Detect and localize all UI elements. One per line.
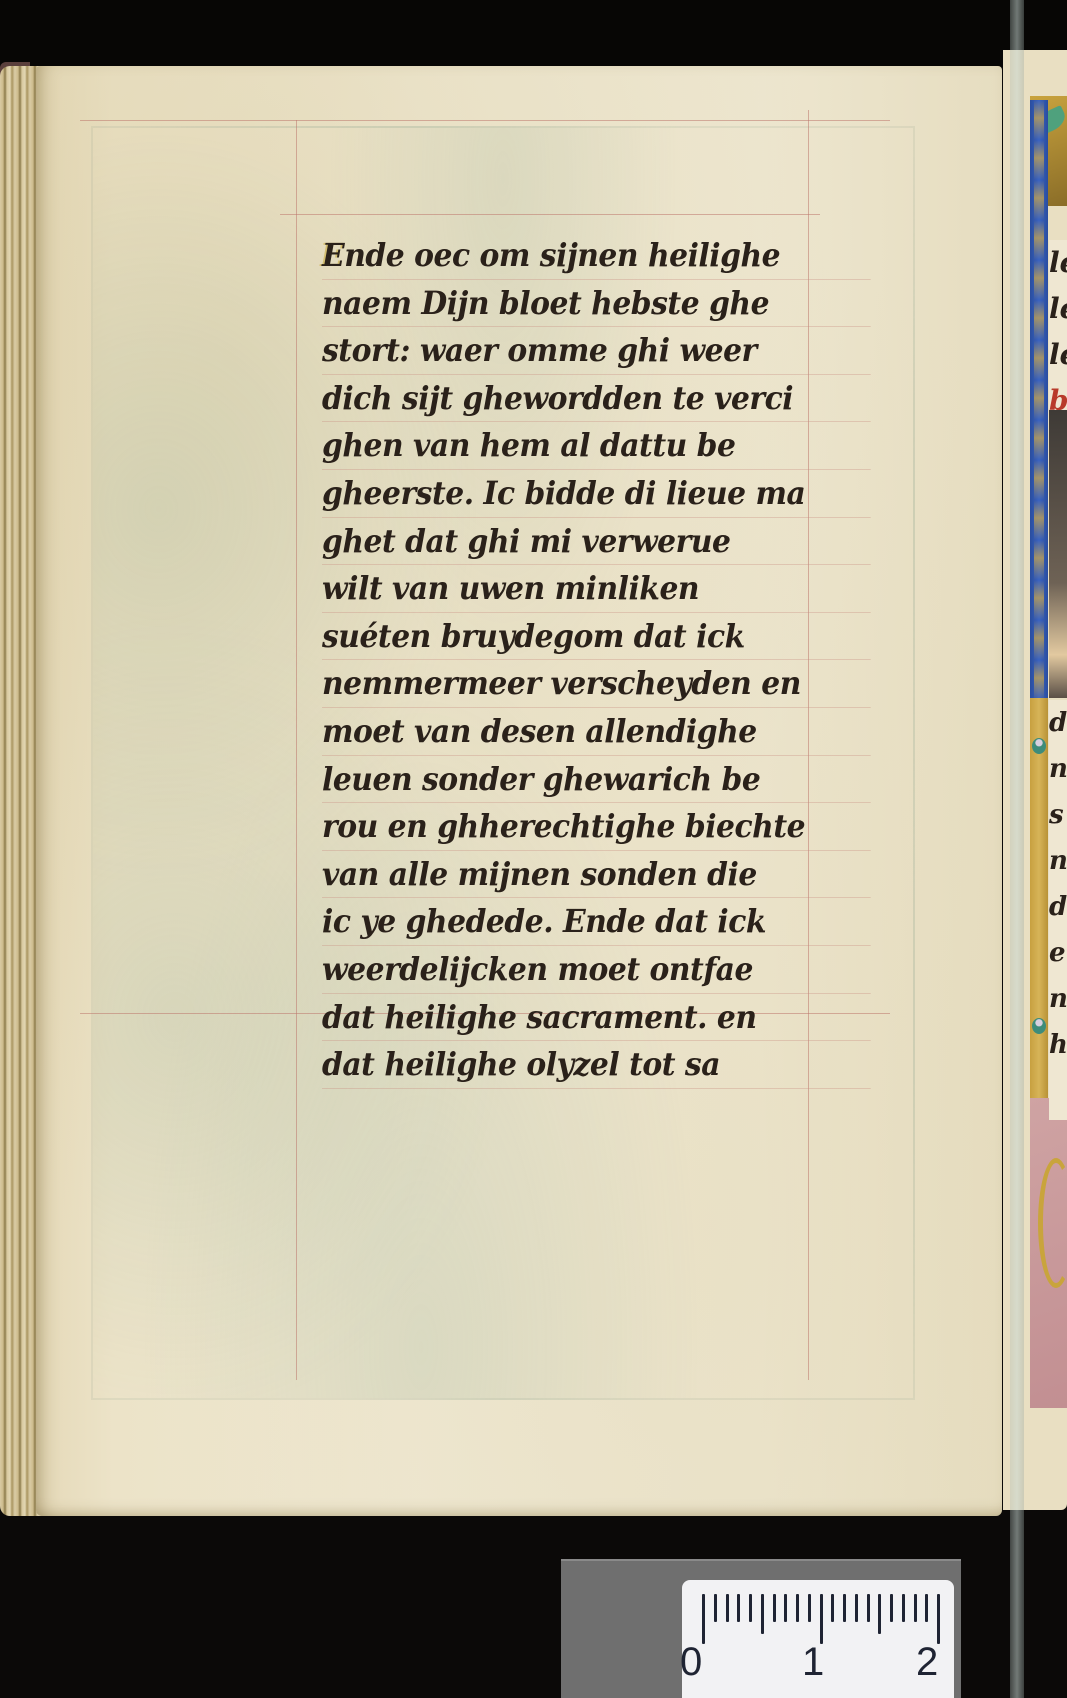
ruler-tick [784, 1594, 787, 1622]
ruler-tick [773, 1594, 776, 1622]
text-line: ic ye ghedede. Ende dat ick [322, 898, 871, 946]
ruling-line-text-top [280, 214, 820, 215]
recto-text-fragment-lower: d n s n d e n h [1049, 700, 1067, 1120]
ruler-tick [820, 1594, 823, 1644]
manuscript-text-block: Ende oec om sijnen heilighe naem Dijn bl… [322, 232, 912, 1089]
ruler-tick [808, 1594, 811, 1622]
ruler-tick [796, 1594, 799, 1622]
ruler-tick [749, 1594, 752, 1622]
text-line: ghen van hem al dattu be [322, 422, 871, 470]
ruler-tick [902, 1594, 905, 1622]
ruler-tick [737, 1594, 740, 1622]
text-line: suéten bruydegom dat ick [322, 613, 871, 661]
text-line-rest: nde oec om sijnen heilighe [344, 236, 780, 274]
text-line: nemmermeer verscheyden en [322, 660, 871, 708]
text-line: leuen sonder ghewarich be [322, 756, 871, 804]
ruler-tick [855, 1594, 858, 1622]
recto-line: le [1049, 240, 1067, 286]
thistle-icon [1032, 738, 1046, 754]
text-line: van alle mijnen sonden die [322, 851, 871, 899]
ruler-tick [726, 1594, 729, 1622]
recto-line: e [1049, 930, 1067, 976]
text-line: rou en ghherechtighe biechte [322, 803, 871, 851]
ruling-line-left [296, 120, 297, 1380]
recto-line: n [1049, 838, 1067, 884]
text-line: gheerste. Ic bidde di lieue ma [322, 470, 871, 518]
text-line: Ende oec om sijnen heilighe [322, 232, 871, 280]
text-line: moet van desen allendighe [322, 708, 871, 756]
ruler-tick [937, 1594, 940, 1644]
text-line: dat heilighe olyzel tot sa [322, 1041, 871, 1089]
recto-line: n [1049, 976, 1067, 1022]
ruler-label-0: 0 [680, 1640, 702, 1685]
recto-line: d [1049, 700, 1067, 746]
recto-line: s [1049, 792, 1067, 838]
text-line: dich sijt ghewordden te verci [322, 375, 871, 423]
ruler-label-1: 1 [802, 1640, 824, 1685]
ruler-tick [843, 1594, 846, 1622]
illuminated-border-pink [1030, 1098, 1067, 1408]
recto-line: h [1049, 1022, 1067, 1068]
decorated-initial: E [322, 236, 344, 274]
miniature-painting-fragment [1049, 410, 1067, 698]
recto-line: d [1049, 884, 1067, 930]
ruler-tick [714, 1594, 717, 1622]
thistle-icon [1032, 1018, 1046, 1034]
ruler-tick [867, 1594, 870, 1622]
text-line: wilt van uwen minliken [322, 565, 871, 613]
recto-line: n [1049, 746, 1067, 792]
ruler-label-2: 2 [916, 1640, 938, 1685]
illuminated-border-blue [1030, 100, 1048, 698]
illuminated-border-gold [1030, 698, 1048, 1098]
ruler-tick [831, 1594, 834, 1622]
ruler-tick [878, 1594, 881, 1634]
glass-plate-edge [1010, 0, 1024, 1698]
ruler-tick [914, 1594, 917, 1622]
recto-line: le [1049, 332, 1067, 378]
ruler-tick [702, 1594, 705, 1644]
ruler-tick [761, 1594, 764, 1634]
scale-ruler: 0 1 2 [682, 1580, 954, 1698]
text-line: dat heilighe sacrament. en [322, 994, 871, 1042]
text-line: weerdelijcken moet ontfae [322, 946, 871, 994]
ruling-line-top [80, 120, 890, 121]
recto-line: le [1049, 286, 1067, 332]
text-line: ghet dat ghi mi verwerue [322, 518, 871, 566]
ruler-tick [925, 1594, 928, 1622]
dark-backdrop [0, 0, 1067, 70]
text-line: naem Dijn bloet hebste ghe [322, 280, 871, 328]
text-line: stort: waer omme ghi weer [322, 327, 871, 375]
ruler-tick [890, 1594, 893, 1622]
